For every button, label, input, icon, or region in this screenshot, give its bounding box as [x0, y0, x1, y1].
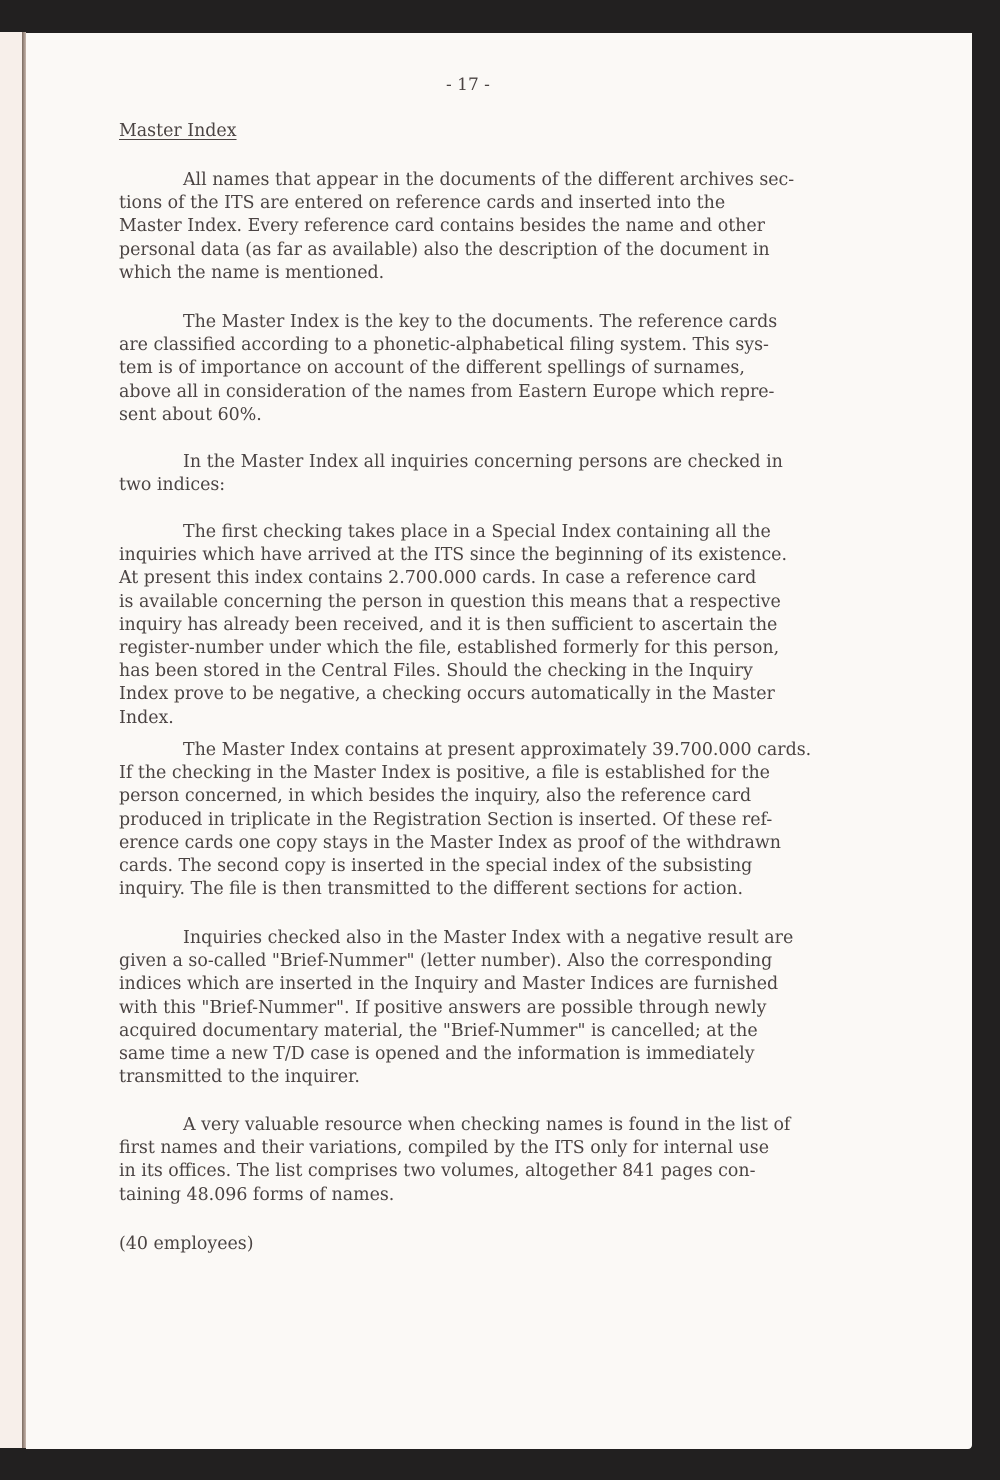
paragraph-line: If the checking in the Master Index is p… [119, 762, 811, 785]
paragraph-line: sent about 60%. [119, 404, 777, 427]
paragraph-line: personal data (as far as available) also… [119, 239, 794, 262]
paragraph-line: The Master Index contains at present app… [119, 739, 811, 762]
paragraph-line: same time a new T/D case is opened and t… [119, 1043, 793, 1066]
paragraph-line: person concerned, in which besides the i… [119, 785, 811, 808]
paragraph-line: in its offices. The list comprises two v… [119, 1160, 790, 1183]
paragraph-line: has been stored in the Central Files. Sh… [119, 660, 787, 683]
paragraph-5: The Master Index contains at present app… [119, 739, 811, 901]
paragraph-line: All names that appear in the documents o… [119, 169, 794, 192]
paragraph-line: The Master Index is the key to the docum… [119, 311, 777, 334]
paragraph-line: first names and their variations, compil… [119, 1137, 790, 1160]
employee-count-note: (40 employees) [119, 1234, 254, 1254]
paragraph-line: In the Master Index all inquiries concer… [119, 451, 783, 474]
paragraph-3: In the Master Index all inquiries concer… [119, 451, 783, 497]
paragraph-4: The first checking takes place in a Spec… [119, 521, 787, 730]
paragraph-line: Index prove to be negative, a checking o… [119, 683, 787, 706]
paragraph-line: is available concerning the person in qu… [119, 591, 787, 614]
facing-page-edge [0, 32, 22, 1448]
paragraph-line: cards. The second copy is inserted in th… [119, 855, 811, 878]
paragraph-line: are classified according to a phonetic-a… [119, 334, 777, 357]
paragraph-line: inquiries which have arrived at the ITS … [119, 544, 787, 567]
paragraph-2: The Master Index is the key to the docum… [119, 311, 777, 427]
paragraph-line: above all in consideration of the names … [119, 381, 777, 404]
paragraph-line: tem is of importance on account of the d… [119, 357, 777, 380]
paragraph-line: two indices: [119, 474, 783, 497]
paragraph-line: taining 48.096 forms of names. [119, 1184, 790, 1207]
paragraph-line: A very valuable resource when checking n… [119, 1114, 790, 1137]
paragraph-line: Master Index. Every reference card conta… [119, 215, 794, 238]
paragraph-line: with this "Brief-Nummer". If positive an… [119, 997, 793, 1020]
paragraph-line: given a so-called "Brief-Nummer" (letter… [119, 950, 793, 973]
paragraph-line: Inquiries checked also in the Master Ind… [119, 927, 793, 950]
paragraph-line: Index. [119, 707, 787, 730]
paragraph-line: register-number under which the file, es… [119, 637, 787, 660]
paragraph-line: which the name is mentioned. [119, 262, 794, 285]
paragraph-line: inquiry has already been received, and i… [119, 614, 787, 637]
paragraph-6: Inquiries checked also in the Master Ind… [119, 927, 793, 1089]
paragraph-line: At present this index contains 2.700.000… [119, 567, 787, 590]
page-number: - 17 - [446, 75, 490, 95]
paragraph-line: erence cards one copy stays in the Maste… [119, 832, 811, 855]
paragraph-line: transmitted to the inquirer. [119, 1066, 793, 1089]
paragraph-line: indices which are inserted in the Inquir… [119, 973, 793, 996]
paragraph-1: All names that appear in the documents o… [119, 169, 794, 285]
paragraph-line: tions of the ITS are entered on referenc… [119, 192, 794, 215]
paragraph-line: produced in triplicate in the Registrati… [119, 809, 811, 832]
section-heading: Master Index [119, 121, 237, 141]
paragraph-line: acquired documentary material, the "Brie… [119, 1020, 793, 1043]
paragraph-line: inquiry. The file is then transmitted to… [119, 878, 811, 901]
paragraph-line: The first checking takes place in a Spec… [119, 521, 787, 544]
paragraph-7: A very valuable resource when checking n… [119, 1114, 790, 1207]
